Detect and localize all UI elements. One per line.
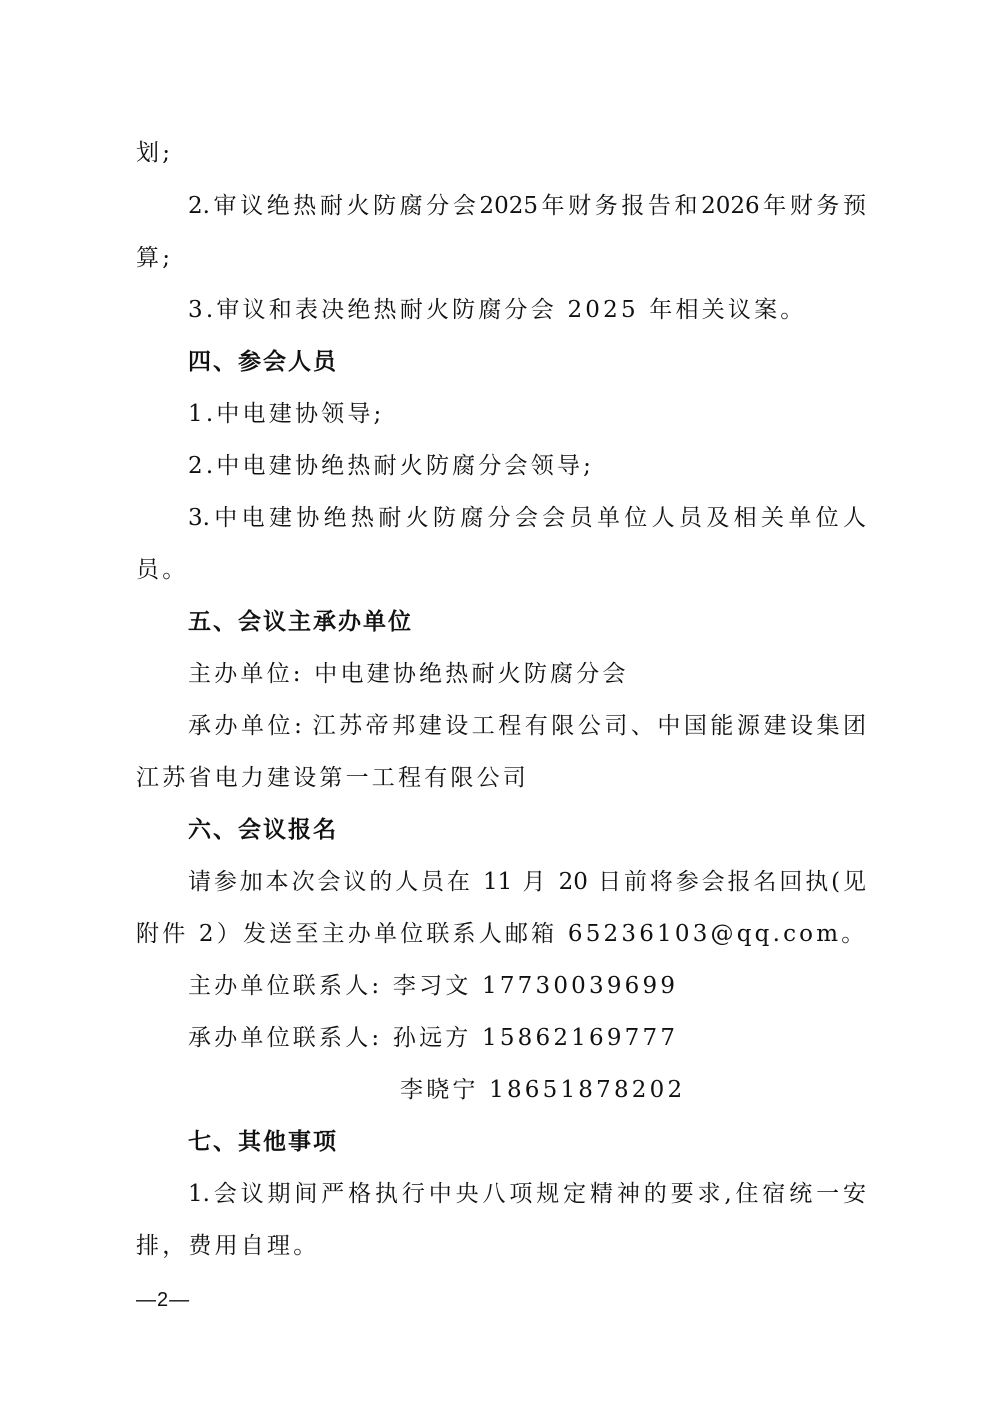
contact-label: 主办单位联系人: <box>188 973 393 999</box>
organizer-unit: 承办单位: 江苏帝邦建设工程有限公司、中国能源建设集团 <box>188 710 866 742</box>
text-line: 算; <box>136 242 866 274</box>
contact-phone: 18651878202 <box>489 1077 685 1103</box>
list-item: 3.中电建协绝热耐火防腐分会会员单位人员及相关单位人 <box>188 502 866 534</box>
contact-label: 承办单位联系人: <box>188 1025 393 1051</box>
text-line: 排，费用自理。 <box>136 1230 866 1262</box>
text-line: 划; <box>136 137 866 169</box>
registration-text-continued: 附件 2）发送至主办单位联系人邮箱 65236103@qq.com。 <box>136 918 866 950</box>
list-item: 2.中电建协绝热耐火防腐分会领导; <box>188 450 918 482</box>
section-heading: 四、参会人员 <box>188 346 918 378</box>
list-item: 1.中电建协领导; <box>188 398 918 430</box>
contact-line: 承办单位联系人: 孙远方 15862169777 <box>188 1022 918 1054</box>
page-number: —2— <box>136 1288 190 1312</box>
contact-line: 李晓宁 18651878202 <box>400 1074 992 1106</box>
host-unit: 主办单位: 中电建协绝热耐火防腐分会 <box>188 658 918 690</box>
section-heading: 六、会议报名 <box>188 814 918 846</box>
list-item: 1.会议期间严格执行中央八项规定精神的要求,住宿统一安 <box>188 1178 866 1210</box>
registration-text: 请参加本次会议的人员在 11 月 20 日前将参会报名回执(见 <box>188 866 866 898</box>
organizer-unit-continued: 江苏省电力建设第一工程有限公司 <box>136 762 866 794</box>
contact-phone: 17730039699 <box>482 973 678 999</box>
contact-phone: 15862169777 <box>482 1025 678 1051</box>
document-page: 划; 2.审议绝热耐火防腐分会2025年财务报告和2026年财务预 算; 3.审… <box>0 0 992 1403</box>
list-item: 2.审议绝热耐火防腐分会2025年财务报告和2026年财务预 <box>188 190 866 222</box>
list-item: 3.审议和表决绝热耐火防腐分会 2025 年相关议案。 <box>188 294 918 326</box>
section-heading: 七、其他事项 <box>188 1126 918 1158</box>
section-heading: 五、会议主承办单位 <box>188 606 918 638</box>
contact-line: 主办单位联系人: 李习文 17730039699 <box>188 970 918 1002</box>
contact-name: 孙远方 <box>393 1025 472 1051</box>
contact-name: 李晓宁 <box>400 1077 479 1103</box>
text-line: 员。 <box>136 554 866 586</box>
contact-name: 李习文 <box>393 973 472 999</box>
